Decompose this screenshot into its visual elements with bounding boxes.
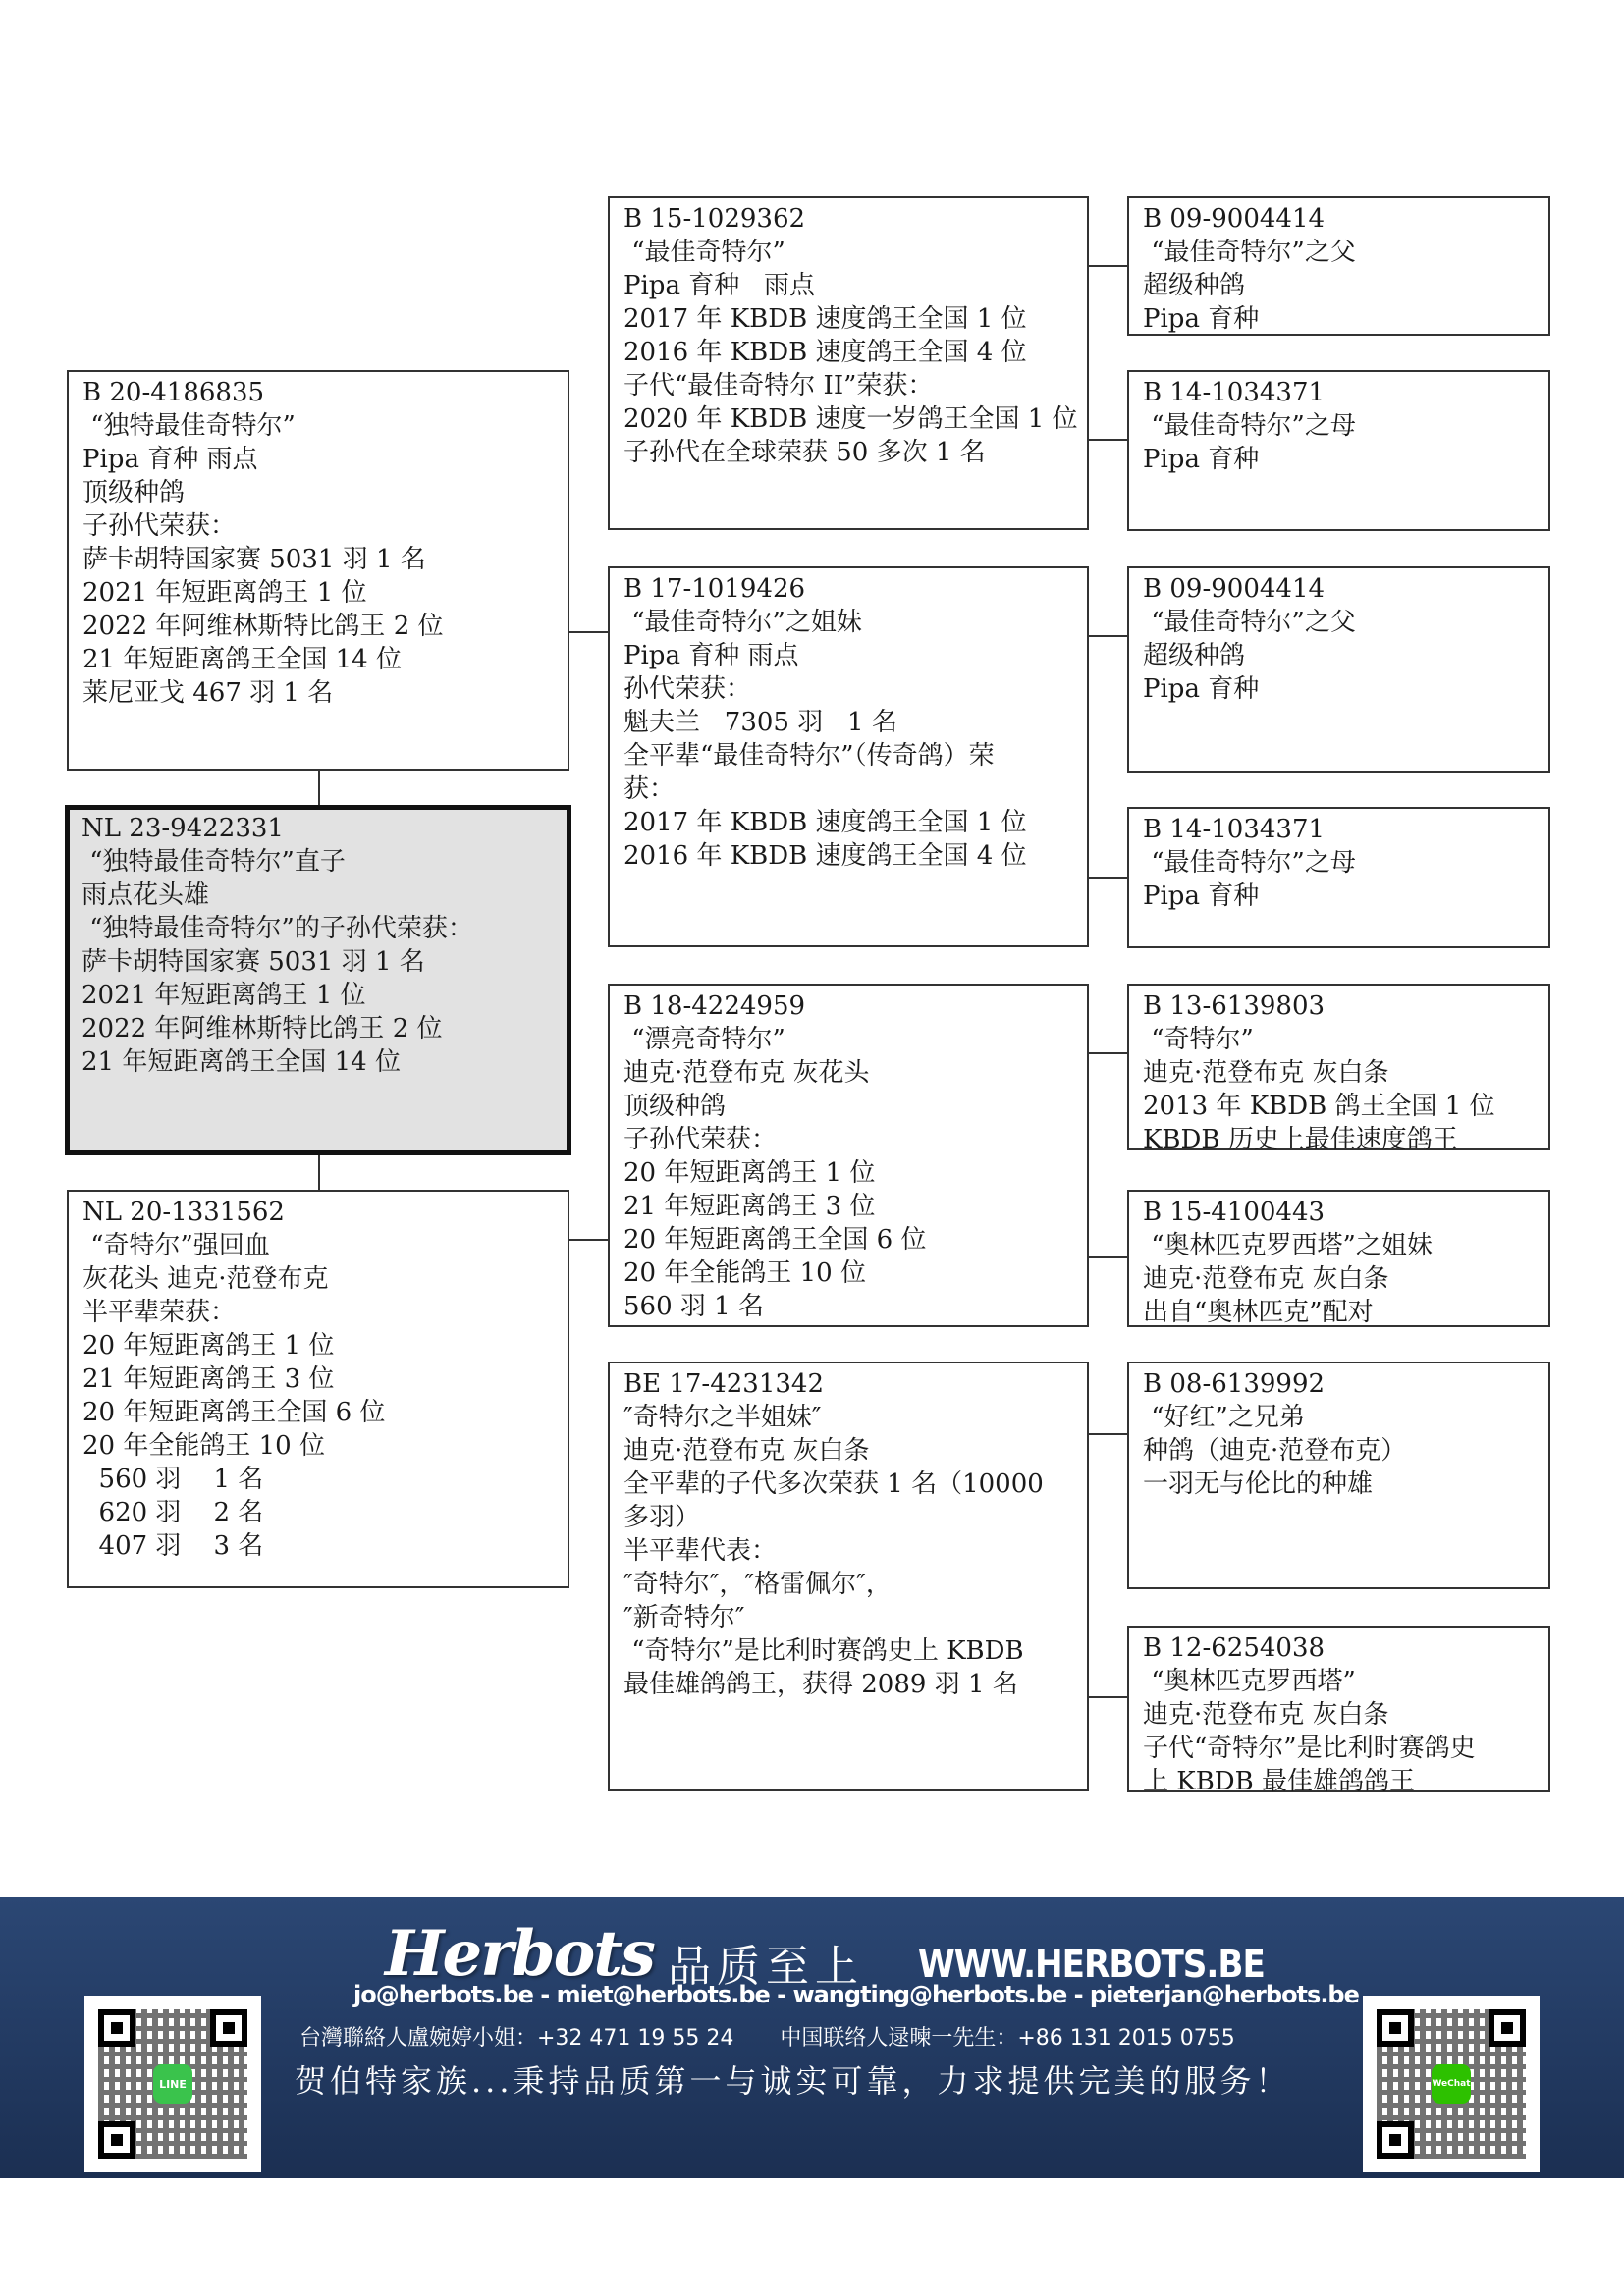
ring-number: B 17-1019426 — [623, 572, 1087, 606]
qr-finder-icon — [1377, 2009, 1414, 2047]
pedigree-line: 560 羽 1 名 — [82, 1463, 568, 1496]
pedigree-line: 半平辈荣获： — [82, 1296, 568, 1329]
pedigree-line: 2017 年 KBDB 速度鸽王全国 1 位 — [623, 806, 1087, 839]
pedigree-line: 最佳雄鸽鸽王，获得 2089 羽 1 名 — [623, 1668, 1087, 1701]
pedigree-line: 子代“最佳奇特尔 II”荣获： — [623, 369, 1087, 402]
pedigree-line: “独特最佳奇特尔”直子 — [81, 845, 567, 879]
pedigree-line: Pipa 育种 雨点 — [623, 269, 1087, 302]
wechat-qr-code[interactable]: WeChat — [1363, 1996, 1540, 2172]
pedigree-box-ss-sire: B 09-9004414 “最佳奇特尔”之父超级种鸽Pipa 育种 — [1127, 196, 1550, 336]
pedigree-line: 407 羽 3 名 — [82, 1529, 568, 1563]
ring-number: BE 17-4231342 — [623, 1367, 1087, 1401]
connector-subject-dam — [318, 1153, 320, 1190]
qr-finder-icon — [98, 2121, 135, 2159]
connector-ss-sire — [1088, 265, 1127, 267]
connector-sire-subject — [318, 771, 320, 807]
pedigree-line: 迪克·范登布克 灰白条 — [1143, 1698, 1548, 1732]
pedigree-line: 2021 年短距离鸽王 1 位 — [81, 979, 567, 1012]
pedigree-line: “奇特尔”是比利时赛鸽史上 KBDB — [623, 1634, 1087, 1668]
pedigree-line: 顶级种鸽 — [82, 476, 568, 509]
ring-number: B 15-4100443 — [1143, 1196, 1548, 1229]
pedigree-line: KBDB 历史上最佳速度鸽王 — [1143, 1123, 1548, 1156]
pedigree-line: 2021 年短距离鸽王 1 位 — [82, 576, 568, 610]
ring-number: B 12-6254038 — [1143, 1631, 1548, 1665]
pedigree-line: 20 年全能鸽王 10 位 — [82, 1429, 568, 1463]
ring-number: NL 23-9422331 — [81, 812, 567, 845]
pedigree-line: 多羽） — [623, 1501, 1087, 1534]
qr-finder-icon — [1377, 2121, 1414, 2159]
pedigree-line: 21 年短距离鸽王全国 14 位 — [82, 643, 568, 676]
pedigree-box-dd-sire: B 08-6139992 “好红”之兄弟种鸽（迪克·范登布克）一羽无与伦比的种雄 — [1127, 1362, 1550, 1589]
pedigree-line: 迪克·范登布克 灰白条 — [623, 1434, 1087, 1468]
pedigree-box-sire-dam: B 17-1019426 “最佳奇特尔”之姐妹Pipa 育种 雨点孙代荣获：魁夫… — [608, 566, 1089, 947]
line-app-icon: LINE — [153, 2064, 192, 2104]
ring-number: B 18-4224959 — [623, 989, 1087, 1023]
pedigree-line: 20 年短距离鸽王全国 6 位 — [82, 1396, 568, 1429]
website-link[interactable]: WWW.HERBOTS.BE — [918, 1943, 1265, 1986]
pedigree-box-subject: NL 23-9422331 “独特最佳奇特尔”直子雨点花头雄 “独特最佳奇特尔”… — [65, 805, 571, 1155]
pedigree-box-ss-dam: B 14-1034371 “最佳奇特尔”之母Pipa 育种 — [1127, 370, 1550, 531]
pedigree-line: “独特最佳奇特尔”的子孙代荣获： — [81, 912, 567, 945]
pedigree-line: Pipa 育种 雨点 — [623, 639, 1087, 672]
pedigree-line: “独特最佳奇特尔” — [82, 409, 568, 443]
pedigree-line: 全平辈“最佳奇特尔”（传奇鸽）荣 — [623, 739, 1087, 773]
contact-china: 中国联络人逯暕一先生：+86 131 2015 0755 — [780, 2026, 1234, 2051]
ring-number: B 20-4186835 — [82, 376, 568, 409]
pedigree-line: “最佳奇特尔”之母 — [1143, 846, 1548, 880]
qr-finder-icon — [210, 2009, 247, 2047]
qr-finder-icon — [98, 2009, 135, 2047]
pedigree-line: 半平辈代表： — [623, 1534, 1087, 1568]
pedigree-line: 超级种鸽 — [1143, 269, 1548, 302]
pedigree-line: “奇特尔”强回血 — [82, 1229, 568, 1262]
pedigree-line: 2013 年 KBDB 鸽王全国 1 位 — [1143, 1090, 1548, 1123]
pedigree-box-dam-dam: BE 17-4231342″奇特尔之半姐妹″迪克·范登布克 灰白条全平辈的子代多… — [608, 1362, 1089, 1791]
ring-number: B 15-1029362 — [623, 202, 1087, 236]
pedigree-line: Pipa 育种 — [1143, 672, 1548, 706]
contact-taiwan: 台灣聯絡人盧婉婷小姐：+32 471 19 55 24 — [299, 2026, 733, 2051]
pedigree-line: 20 年短距离鸽王全国 6 位 — [623, 1223, 1087, 1256]
connector-sd-sire — [1088, 635, 1127, 637]
pedigree-line: Pipa 育种 雨点 — [82, 443, 568, 476]
pedigree-line: 子代“奇特尔”是比利时赛鸽史 — [1143, 1732, 1548, 1765]
pedigree-line: 迪克·范登布克 灰花头 — [623, 1056, 1087, 1090]
pedigree-line: Pipa 育种 — [1143, 443, 1548, 476]
pedigree-line: “奇特尔” — [1143, 1023, 1548, 1056]
pedigree-line: 2022 年阿维林斯特比鸽王 2 位 — [81, 1012, 567, 1045]
pedigree-line: “奥林匹克罗西塔”之姐妹 — [1143, 1229, 1548, 1262]
pedigree-line: “最佳奇特尔”之父 — [1143, 236, 1548, 269]
pedigree-line: 20 年短距离鸽王 1 位 — [623, 1156, 1087, 1190]
pedigree-line: 迪克·范登布克 灰白条 — [1143, 1262, 1548, 1296]
pedigree-box-ds-dam: B 15-4100443 “奥林匹克罗西塔”之姐妹迪克·范登布克 灰白条出自“奥… — [1127, 1190, 1550, 1327]
pedigree-line: “好红”之兄弟 — [1143, 1401, 1548, 1434]
pedigree-line: 2016 年 KBDB 速度鸽王全国 4 位 — [623, 336, 1087, 369]
pedigree-line: 顶级种鸽 — [623, 1090, 1087, 1123]
pedigree-line: 种鸽（迪克·范登布克） — [1143, 1434, 1548, 1468]
pedigree-line: “奥林匹克罗西塔” — [1143, 1665, 1548, 1698]
connector-ds-sire — [1088, 1052, 1127, 1054]
pedigree-line: 21 年短距离鸽王全国 14 位 — [81, 1045, 567, 1079]
pedigree-box-sire: B 20-4186835 “独特最佳奇特尔”Pipa 育种 雨点顶级种鸽子孙代荣… — [67, 370, 569, 771]
pedigree-line: 21 年短距离鸽王 3 位 — [82, 1362, 568, 1396]
pedigree-line: 上 KBDB 最佳雄鸽鸽王 — [1143, 1765, 1548, 1798]
connector-dam-branch — [569, 1239, 608, 1241]
pedigree-line: 一羽无与伦比的种雄 — [1143, 1468, 1548, 1501]
connector-dd-dam — [1088, 1696, 1127, 1698]
pedigree-line: 莱尼亚戈 467 羽 1 名 — [82, 676, 568, 710]
pedigree-box-sd-dam: B 14-1034371 “最佳奇特尔”之母Pipa 育种 — [1127, 807, 1550, 948]
pedigree-line: 620 羽 2 名 — [82, 1496, 568, 1529]
ring-number: B 08-6139992 — [1143, 1367, 1548, 1401]
pedigree-line: 魁夫兰 7305 羽 1 名 — [623, 706, 1087, 739]
pedigree-box-dam-sire: B 18-4224959 “漂亮奇特尔”迪克·范登布克 灰花头顶级种鸽子孙代荣获… — [608, 984, 1089, 1327]
company-motto: 贺伯特家族...秉持品质第一与诚实可靠，力求提供完美的服务！ — [295, 2056, 1291, 2102]
pedigree-line: 雨点花头雄 — [81, 879, 567, 912]
pedigree-line: 全平辈的子代多次荣获 1 名（10000 — [623, 1468, 1087, 1501]
pedigree-line: 21 年短距离鸽王 3 位 — [623, 1190, 1087, 1223]
pedigree-line: 2017 年 KBDB 速度鸽王全国 1 位 — [623, 302, 1087, 336]
pedigree-box-sd-sire: B 09-9004414 “最佳奇特尔”之父超级种鸽Pipa 育种 — [1127, 566, 1550, 773]
pedigree-line: 迪克·范登布克 灰白条 — [1143, 1056, 1548, 1090]
email-addresses[interactable]: jo@herbots.be - miet@herbots.be - wangti… — [353, 1981, 1359, 2008]
ring-number: NL 20-1331562 — [82, 1196, 568, 1229]
pedigree-line: 子孙代荣获： — [82, 509, 568, 543]
pedigree-box-dam: NL 20-1331562 “奇特尔”强回血灰花头 迪克·范登布克半平辈荣获：2… — [67, 1190, 569, 1588]
pedigree-line: 子孙代荣获： — [623, 1123, 1087, 1156]
pedigree-line: 2022 年阿维林斯特比鸽王 2 位 — [82, 610, 568, 643]
pedigree-line: 灰花头 迪克·范登布克 — [82, 1262, 568, 1296]
pedigree-line: “漂亮奇特尔” — [623, 1023, 1087, 1056]
connector-ds-dam — [1088, 1256, 1127, 1258]
pedigree-line: 2020 年 KBDB 速度一岁鸽王全国 1 位 — [623, 402, 1087, 436]
pedigree-line: 20 年全能鸽王 10 位 — [623, 1256, 1087, 1290]
pedigree-line: ″奇特尔″，″格雷佩尔″， — [623, 1568, 1087, 1601]
connector-sire-branch — [569, 631, 608, 633]
pedigree-line: 获： — [623, 773, 1087, 806]
pedigree-line: 20 年短距离鸽王 1 位 — [82, 1329, 568, 1362]
pedigree-box-dd-dam: B 12-6254038 “奥林匹克罗西塔”迪克·范登布克 灰白条子代“奇特尔”… — [1127, 1626, 1550, 1792]
ring-number: B 13-6139803 — [1143, 989, 1548, 1023]
pedigree-line: 孙代荣获： — [623, 672, 1087, 706]
pedigree-box-sire-sire: B 15-1029362 “最佳奇特尔”Pipa 育种 雨点2017 年 KBD… — [608, 196, 1089, 530]
pedigree-line: 2016 年 KBDB 速度鸽王全国 4 位 — [623, 839, 1087, 873]
footer-banner: LINE Herbots 品质至上 WWW.HERBOTS.BE jo@herb… — [0, 1897, 1624, 2178]
pedigree-box-ds-sire: B 13-6139803 “奇特尔”迪克·范登布克 灰白条2013 年 KBDB… — [1127, 984, 1550, 1150]
pedigree-line: 萨卡胡特国家赛 5031 羽 1 名 — [82, 543, 568, 576]
pedigree-line: “最佳奇特尔”之父 — [1143, 606, 1548, 639]
wechat-app-icon: WeChat — [1432, 2064, 1471, 2104]
connector-dd-sire — [1088, 1433, 1127, 1435]
pedigree-line: 萨卡胡特国家赛 5031 羽 1 名 — [81, 945, 567, 979]
pedigree-line: 出自“奥林匹克”配对 — [1143, 1296, 1548, 1329]
pedigree-line: ″奇特尔之半姐妹″ — [623, 1401, 1087, 1434]
pedigree-line: 超级种鸽 — [1143, 639, 1548, 672]
pedigree-line: ″新奇特尔″ — [623, 1601, 1087, 1634]
qr-finder-icon — [1489, 2009, 1526, 2047]
pedigree-line: 560 羽 1 名 — [623, 1290, 1087, 1323]
connector-sd-dam — [1088, 877, 1127, 879]
ring-number: B 09-9004414 — [1143, 572, 1548, 606]
pedigree-line: “最佳奇特尔” — [623, 236, 1087, 269]
ring-number: B 14-1034371 — [1143, 813, 1548, 846]
line-qr-code[interactable]: LINE — [84, 1996, 261, 2172]
pedigree-line: Pipa 育种 — [1143, 880, 1548, 913]
connector-ss-dam — [1088, 439, 1127, 441]
pedigree-line: 子孙代在全球荣获 50 多次 1 名 — [623, 436, 1087, 469]
contact-numbers: 台灣聯絡人盧婉婷小姐：+32 471 19 55 24 中国联络人逯暕一先生：+… — [299, 2021, 1274, 2052]
pedigree-line: “最佳奇特尔”之姐妹 — [623, 606, 1087, 639]
ring-number: B 09-9004414 — [1143, 202, 1548, 236]
pedigree-line: “最佳奇特尔”之母 — [1143, 409, 1548, 443]
ring-number: B 14-1034371 — [1143, 376, 1548, 409]
herbots-logo: Herbots — [385, 1917, 654, 1991]
pedigree-line: Pipa 育种 — [1143, 302, 1548, 336]
